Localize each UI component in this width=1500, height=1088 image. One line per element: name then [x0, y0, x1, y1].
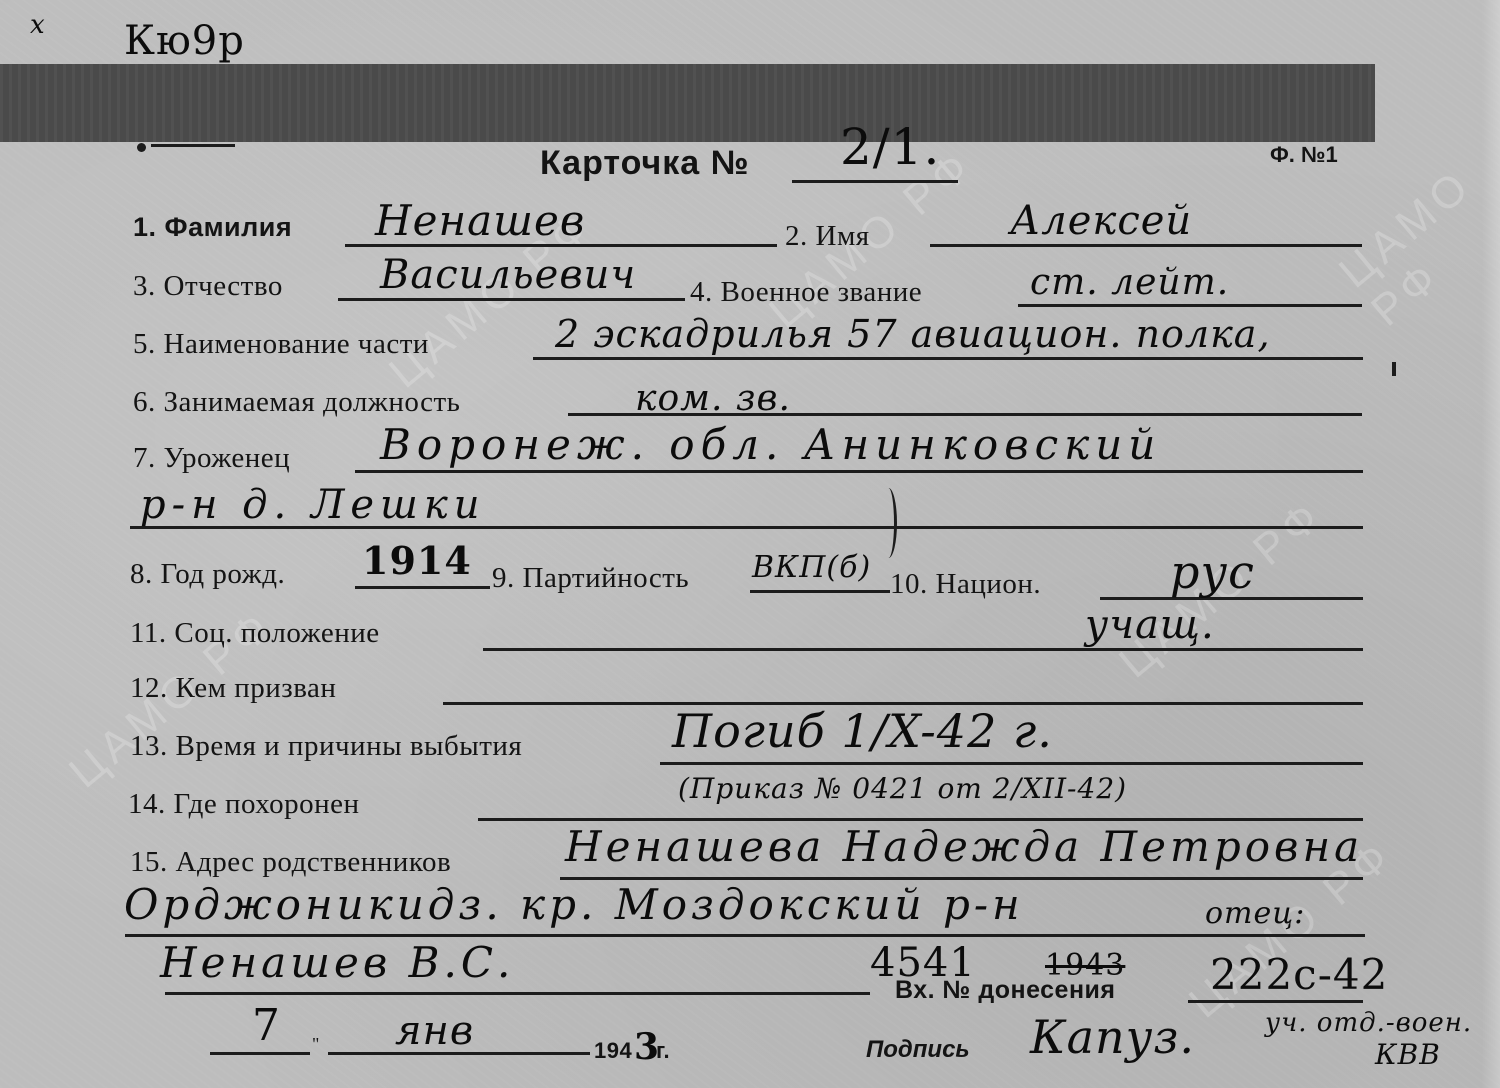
dot-mark [137, 143, 146, 152]
report-label: Вх. № донесения [895, 976, 1116, 1005]
burial-label: 14. Где похоронен [128, 788, 360, 821]
corner-mark: х [30, 10, 46, 40]
native-value-line2: р-н д. Лешки [140, 482, 486, 528]
rank-value: ст. лейт. [1030, 262, 1229, 303]
drafted-by-label: 12. Кем призван [130, 672, 336, 705]
relatives-value-line2: Орджоникидз. кр. Моздокский р-н [124, 880, 1024, 929]
date-quote: " [312, 1034, 319, 1055]
birth-year-line [355, 586, 490, 589]
header-band [0, 64, 1375, 142]
comma-mark [1392, 362, 1396, 376]
short-rule [151, 144, 235, 147]
signature-note-1: уч. отд.-воен. [1265, 1008, 1472, 1038]
social-status-label: 11. Соц. положение [130, 617, 380, 650]
card-edge [1482, 0, 1500, 1088]
relatives-father-note: отец: [1205, 896, 1305, 931]
rank-line [1018, 304, 1362, 307]
patronymic-line [338, 298, 685, 301]
social-status-value: учащ. [1085, 602, 1215, 648]
signature-value: Капуз. [1030, 1010, 1195, 1064]
date-year-unit: г. [656, 1038, 670, 1064]
relatives-line-3 [165, 992, 870, 995]
pen-mark [880, 488, 897, 558]
loss-reason-line [660, 762, 1363, 765]
report-line [1188, 1000, 1363, 1003]
position-label: 6. Занимаемая должность [133, 386, 460, 419]
birth-year-value: 1914 [362, 538, 472, 583]
date-day-line [210, 1052, 310, 1055]
native-value: Воронеж. обл. Анинковский [380, 420, 1161, 469]
birth-year-label: 8. Год рожд. [130, 558, 285, 591]
relatives-label: 15. Адрес родственников [130, 846, 451, 879]
unit-value: 2 эскадрилья 57 авиацион. полка, [555, 312, 1271, 356]
card-number-line [792, 180, 958, 183]
unit-line [533, 357, 1363, 360]
form-number: Ф. №1 [1270, 142, 1338, 168]
surname-label: 1. Фамилия [133, 212, 292, 243]
relatives-line-2 [125, 934, 1365, 937]
name-value: Алексей [1010, 198, 1192, 244]
name-line [930, 244, 1362, 247]
report-value: 222с-42 [1210, 950, 1388, 999]
surname-value: Ненашев [375, 196, 585, 245]
patronymic-label: 3. Отчество [133, 270, 283, 303]
native-line [355, 470, 1363, 473]
loss-reason-label: 13. Время и причины выбытия [130, 730, 522, 763]
party-line [750, 590, 890, 593]
relatives-value-line3: Ненашев В.С. [160, 938, 514, 987]
loss-reason-value: Погиб 1/X-42 г. [672, 704, 1053, 758]
rank-label: 4. Военное звание [690, 276, 922, 309]
archive-mark: Кю9р [124, 18, 245, 64]
card-title: Карточка № [540, 144, 750, 183]
party-value: ВКП(б) [752, 550, 871, 585]
loss-reason-note: (Приказ № 0421 от 2/XII-42) [678, 772, 1127, 805]
archive-card: ЦАМО РФ ЦАМО РФ ЦАМО РФ ЦАМО РФ ЦАМО РФ … [0, 0, 1500, 1088]
nationality-value: рус [1170, 545, 1255, 599]
burial-line [478, 818, 1363, 821]
unit-label: 5. Наименование части [133, 328, 429, 361]
date-day: 7 [252, 1000, 281, 1051]
relatives-value: Ненашева Надежда Петровна [565, 822, 1363, 871]
nationality-label: 10. Национ. [890, 568, 1041, 601]
signature-label: Подпись [866, 1036, 970, 1064]
signature-note-2: КВВ [1375, 1038, 1441, 1071]
social-status-line [483, 648, 1363, 651]
patronymic-value: Васильевич [380, 252, 636, 298]
card-number: 2/1. [840, 118, 940, 176]
date-month: янв [395, 1008, 474, 1054]
date-year-prefix: 194 [594, 1038, 632, 1064]
native-label: 7. Уроженец [133, 442, 290, 475]
position-value: ком. зв. [635, 378, 791, 419]
name-label: 2. Имя [785, 220, 870, 253]
party-label: 9. Партийность [492, 562, 689, 595]
